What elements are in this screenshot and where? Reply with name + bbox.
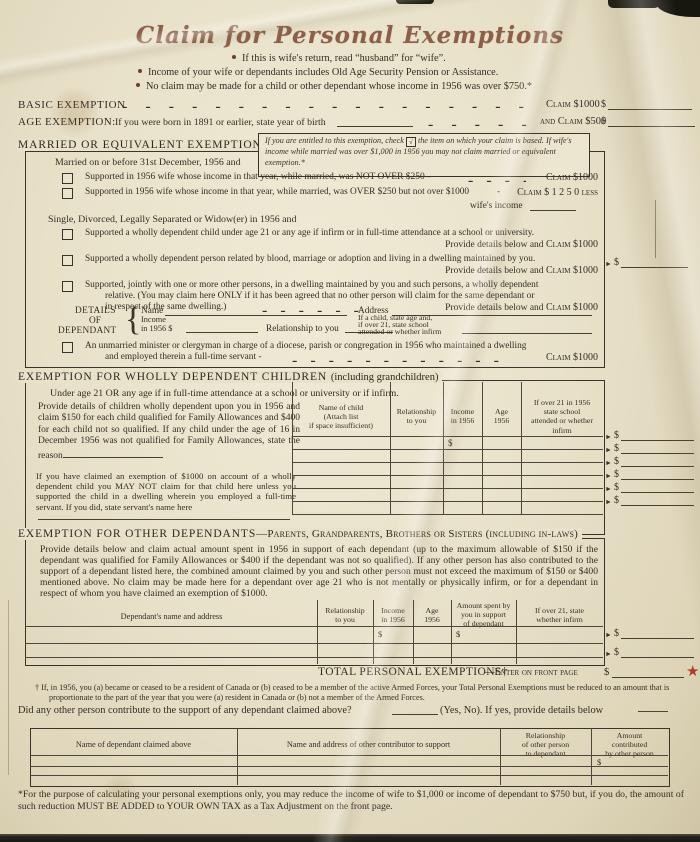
exemption-note-box: If you are entitled to this exemption, c… <box>258 133 590 177</box>
table-line <box>292 462 603 463</box>
form-page: Claim for Personal Exemptions If this is… <box>0 0 700 842</box>
dependant-name-field[interactable] <box>165 315 347 316</box>
leader-dashes: - - - - - - <box>428 116 536 134</box>
dollar-sign: $ <box>614 495 619 506</box>
scan-bottom-edge <box>0 834 700 842</box>
servant-name-field[interactable] <box>38 519 290 520</box>
armed-forces-footnote: † If, in 1956, you (a) became or ceased … <box>35 683 677 702</box>
bullet-text: Income of your wife or dependants includ… <box>148 67 498 78</box>
claim-1000-label: Claim $1000 <box>546 352 598 363</box>
arrow-icon: ► <box>605 472 612 480</box>
checkbox-wife-over-250[interactable] <box>62 188 73 199</box>
scan-artifact-strip <box>608 0 662 8</box>
other-amount-field[interactable] <box>621 638 694 639</box>
arrow-icon: ► <box>605 260 612 268</box>
star-icon: ★ <box>686 662 699 681</box>
age-amount-field[interactable] <box>608 126 695 127</box>
scan-artifact-smudge <box>396 0 434 4</box>
col-header-dependant-name: Dependant's name and address <box>30 612 313 622</box>
option-text: in respect of the same dwelling.) <box>105 302 226 312</box>
table-line <box>292 514 603 515</box>
bullet-text: If this is wife's return, read “husband”… <box>242 53 446 64</box>
option-text: An unmarried minister or clergyman in ch… <box>85 341 526 351</box>
checkbox-wife-under-250[interactable] <box>62 173 73 184</box>
age-exemption-text: If you were born in 1891 or earlier, sta… <box>115 117 326 128</box>
col-header-amount-spent: Amount spent by you in support of depend… <box>452 601 515 629</box>
child-amount-field[interactable] <box>621 479 694 480</box>
checkbox-joint-support[interactable] <box>62 281 73 292</box>
leader-dashes: - - - - - - - - <box>262 302 372 320</box>
table-line <box>292 475 603 476</box>
income-label-1: Income <box>141 315 166 324</box>
basic-exemption-label: BASIC EXEMPTION <box>18 99 126 111</box>
bullet-icon <box>138 69 142 73</box>
relationship-label: Relationship to you <box>266 324 339 334</box>
brace-icon: { <box>125 305 141 335</box>
age-exemption-label: AGE EXEMPTION: <box>18 116 116 128</box>
contributor-question-2: (Yes, No). If yes, provide details below <box>440 705 603 716</box>
check-icon: √ <box>409 138 413 146</box>
provide-details-claim: Provide details below and Claim $1000 <box>445 302 598 313</box>
table-line <box>390 382 391 514</box>
table-line <box>443 382 444 514</box>
arrow-icon: ► <box>605 650 612 658</box>
scan-artifact-corner <box>656 0 700 17</box>
option-text: relative. (You may claim here ONLY if it… <box>105 291 534 301</box>
option-text: Supported a wholly dependent person rela… <box>85 254 535 264</box>
total-exemptions-label: TOTAL PERSONAL EXEMPTIONS† <box>318 666 508 678</box>
children-sub-rule: Under age 21 OR any age if in full-time … <box>50 388 399 399</box>
table-line <box>30 766 668 767</box>
child-amount-field[interactable] <box>621 453 694 454</box>
heading-connector-line <box>638 711 668 712</box>
form-title: Claim for Personal Exemptions <box>120 22 580 49</box>
arrow-icon: ► <box>605 631 612 639</box>
child-amount-field[interactable] <box>621 466 694 467</box>
dollar-sign: $ <box>614 482 619 493</box>
table-line <box>292 501 603 502</box>
col-header-age: Age 1956 <box>483 407 520 425</box>
bullet-line-no-claim: No claim may be made for a child or othe… <box>136 81 532 92</box>
table-line <box>237 728 238 785</box>
wifes-income-label: wife's income <box>470 201 523 211</box>
child-amount-field[interactable] <box>621 505 694 506</box>
leader-dash: - <box>497 187 500 197</box>
table-line <box>292 449 603 450</box>
option-text: Supported in 1956 wife whose income in t… <box>85 172 430 182</box>
reduction-footnote: *For the purpose of calculating your per… <box>18 789 684 812</box>
contributor-question: Did any other person contribute to the s… <box>18 705 352 716</box>
bullet-line-wife-return: If this is wife's return, read “husband”… <box>232 53 446 64</box>
dollar-sign: $ <box>614 469 619 480</box>
details-label-3: DEPENDANT <box>58 326 116 336</box>
arrow-icon: ► <box>605 485 612 493</box>
note-text: the item on which your claim is based. <box>418 136 544 145</box>
col-header-relationship: Relationship to you <box>391 407 442 425</box>
page-fold-line <box>8 600 9 775</box>
option-text: Supported, jointly with one or more othe… <box>85 280 538 290</box>
option-text: Supported a wholly dependent child under… <box>85 228 534 238</box>
children-section-heading: EXEMPTION FOR WHOLLY DEPENDENT CHILDREN … <box>18 371 442 383</box>
leader-dashes: - - - - - - - - - - - - - - - - - - - - … <box>122 98 534 116</box>
bullet-line-income: Income of your wife or dependants includ… <box>138 67 498 78</box>
arrow-icon: ► <box>605 498 612 506</box>
child-note-3: attended or whether infirm <box>358 327 441 336</box>
dollar-sign: $ <box>614 647 619 658</box>
details-label-1: DETAILS <box>75 306 116 316</box>
age-dollar-sign: $ <box>601 116 606 127</box>
table-line <box>25 643 603 644</box>
dollar-sign: $ <box>614 628 619 639</box>
status-married: Married on or before 31st December, 1956… <box>55 157 241 168</box>
school-or-infirm-field[interactable] <box>462 333 592 334</box>
col-header-age: Age 1956 <box>414 606 450 624</box>
claim-1250-label: Claim $ 1 2 5 0 less <box>517 187 598 198</box>
col-header-dependant-claimed: Name of dependant claimed above <box>32 740 235 750</box>
married-amount-field[interactable] <box>621 267 688 268</box>
col-header-relationship: Relationship to you <box>318 606 372 624</box>
checkbox-minister[interactable] <box>62 342 73 353</box>
bullet-icon <box>136 83 140 87</box>
child-amount-field[interactable] <box>621 492 694 493</box>
year-of-birth-field[interactable] <box>337 126 413 127</box>
checkbox-dependent-child[interactable] <box>62 229 73 240</box>
dependant-income-field[interactable] <box>186 332 258 333</box>
total-dollar-sign: $ <box>604 667 609 678</box>
bullet-icon <box>232 55 236 59</box>
child-amount-field[interactable] <box>621 440 694 441</box>
dollar-sign: $ <box>614 443 619 454</box>
table-line <box>591 728 592 785</box>
provide-details-claim: Provide details below and Claim $1000 <box>445 239 598 250</box>
dollar-sign: $ <box>614 456 619 467</box>
bracket-line <box>655 200 656 258</box>
details-label-2: OF <box>89 316 101 326</box>
table-line <box>292 382 293 514</box>
other-amount-field[interactable] <box>621 657 694 658</box>
total-amount-field[interactable] <box>612 677 684 678</box>
bullet-text: No claim may be made for a child or othe… <box>146 81 532 92</box>
dollar-sign: $ <box>614 257 619 268</box>
col-header-contributor: Name and address of other contributor to… <box>239 740 498 750</box>
col-header-over-21: If over 21 in 1956 state school attended… <box>522 398 602 435</box>
table-line <box>30 775 668 776</box>
age-claim-label: and Claim $500 <box>540 116 606 127</box>
other-instructions: Provide details below and claim actual a… <box>40 544 598 599</box>
basic-dollar-sign: $ <box>601 99 606 110</box>
table-line <box>30 755 668 756</box>
other-section-heading: EXEMPTION FOR OTHER DEPENDANTS—Parents, … <box>18 528 582 540</box>
income-dollar-sign: $ <box>378 629 382 639</box>
checkmark-box-icon: √ <box>406 137 416 147</box>
dollar-sign: $ <box>614 430 619 441</box>
children-servant-note: If you have claimed an exemption of $100… <box>36 471 296 512</box>
table-line <box>482 382 483 514</box>
claim-1000-label: Claim $1000 <box>546 172 598 183</box>
checkbox-dependent-person[interactable] <box>62 255 73 266</box>
table-line <box>292 436 603 437</box>
basic-amount-field[interactable] <box>608 109 692 110</box>
table-line <box>500 728 501 785</box>
leader-dashes: - - - - - - - - - - - - - <box>292 352 510 370</box>
status-single: Single, Divorced, Legally Separated or W… <box>48 214 296 225</box>
note-text: If you are entitled to this exemption, c… <box>265 136 404 145</box>
option-text: Supported in 1956 wife whose income in t… <box>85 187 469 197</box>
reason-field[interactable] <box>63 448 163 458</box>
table-line <box>292 488 603 489</box>
married-section-heading: MARRIED OR EQUIVALENT EXEMPTION <box>18 139 266 151</box>
yes-no-field[interactable] <box>392 714 438 715</box>
wifes-income-field[interactable] <box>530 210 576 211</box>
children-instructions: Provide details of children wholly depen… <box>38 402 300 462</box>
col-header-name-of-child: Name of child (Attach list if space insu… <box>294 403 388 431</box>
income-dollar-sign: $ <box>448 438 453 448</box>
col-header-income: Income in 1956 <box>444 407 481 425</box>
option-text: and employed therein a full-time servant… <box>105 352 261 362</box>
col-header-income: Income in 1956 <box>374 606 412 624</box>
income-label-2: in 1956 $ <box>141 324 172 333</box>
col-header-over-21: If over 21, state whether infirm <box>517 606 602 624</box>
basic-claim-label: Claim $1000 <box>546 99 600 110</box>
arrow-icon: ► <box>605 433 612 441</box>
arrow-icon: ► <box>605 446 612 454</box>
provide-details-claim: Provide details below and Claim $1000 <box>445 265 598 276</box>
amount-dollar-sign: $ <box>456 629 460 639</box>
arrow-icon: ► <box>605 459 612 467</box>
enter-front-page-label: —Enter on front page <box>484 667 578 678</box>
table-line <box>25 657 603 658</box>
table-line <box>25 626 603 627</box>
